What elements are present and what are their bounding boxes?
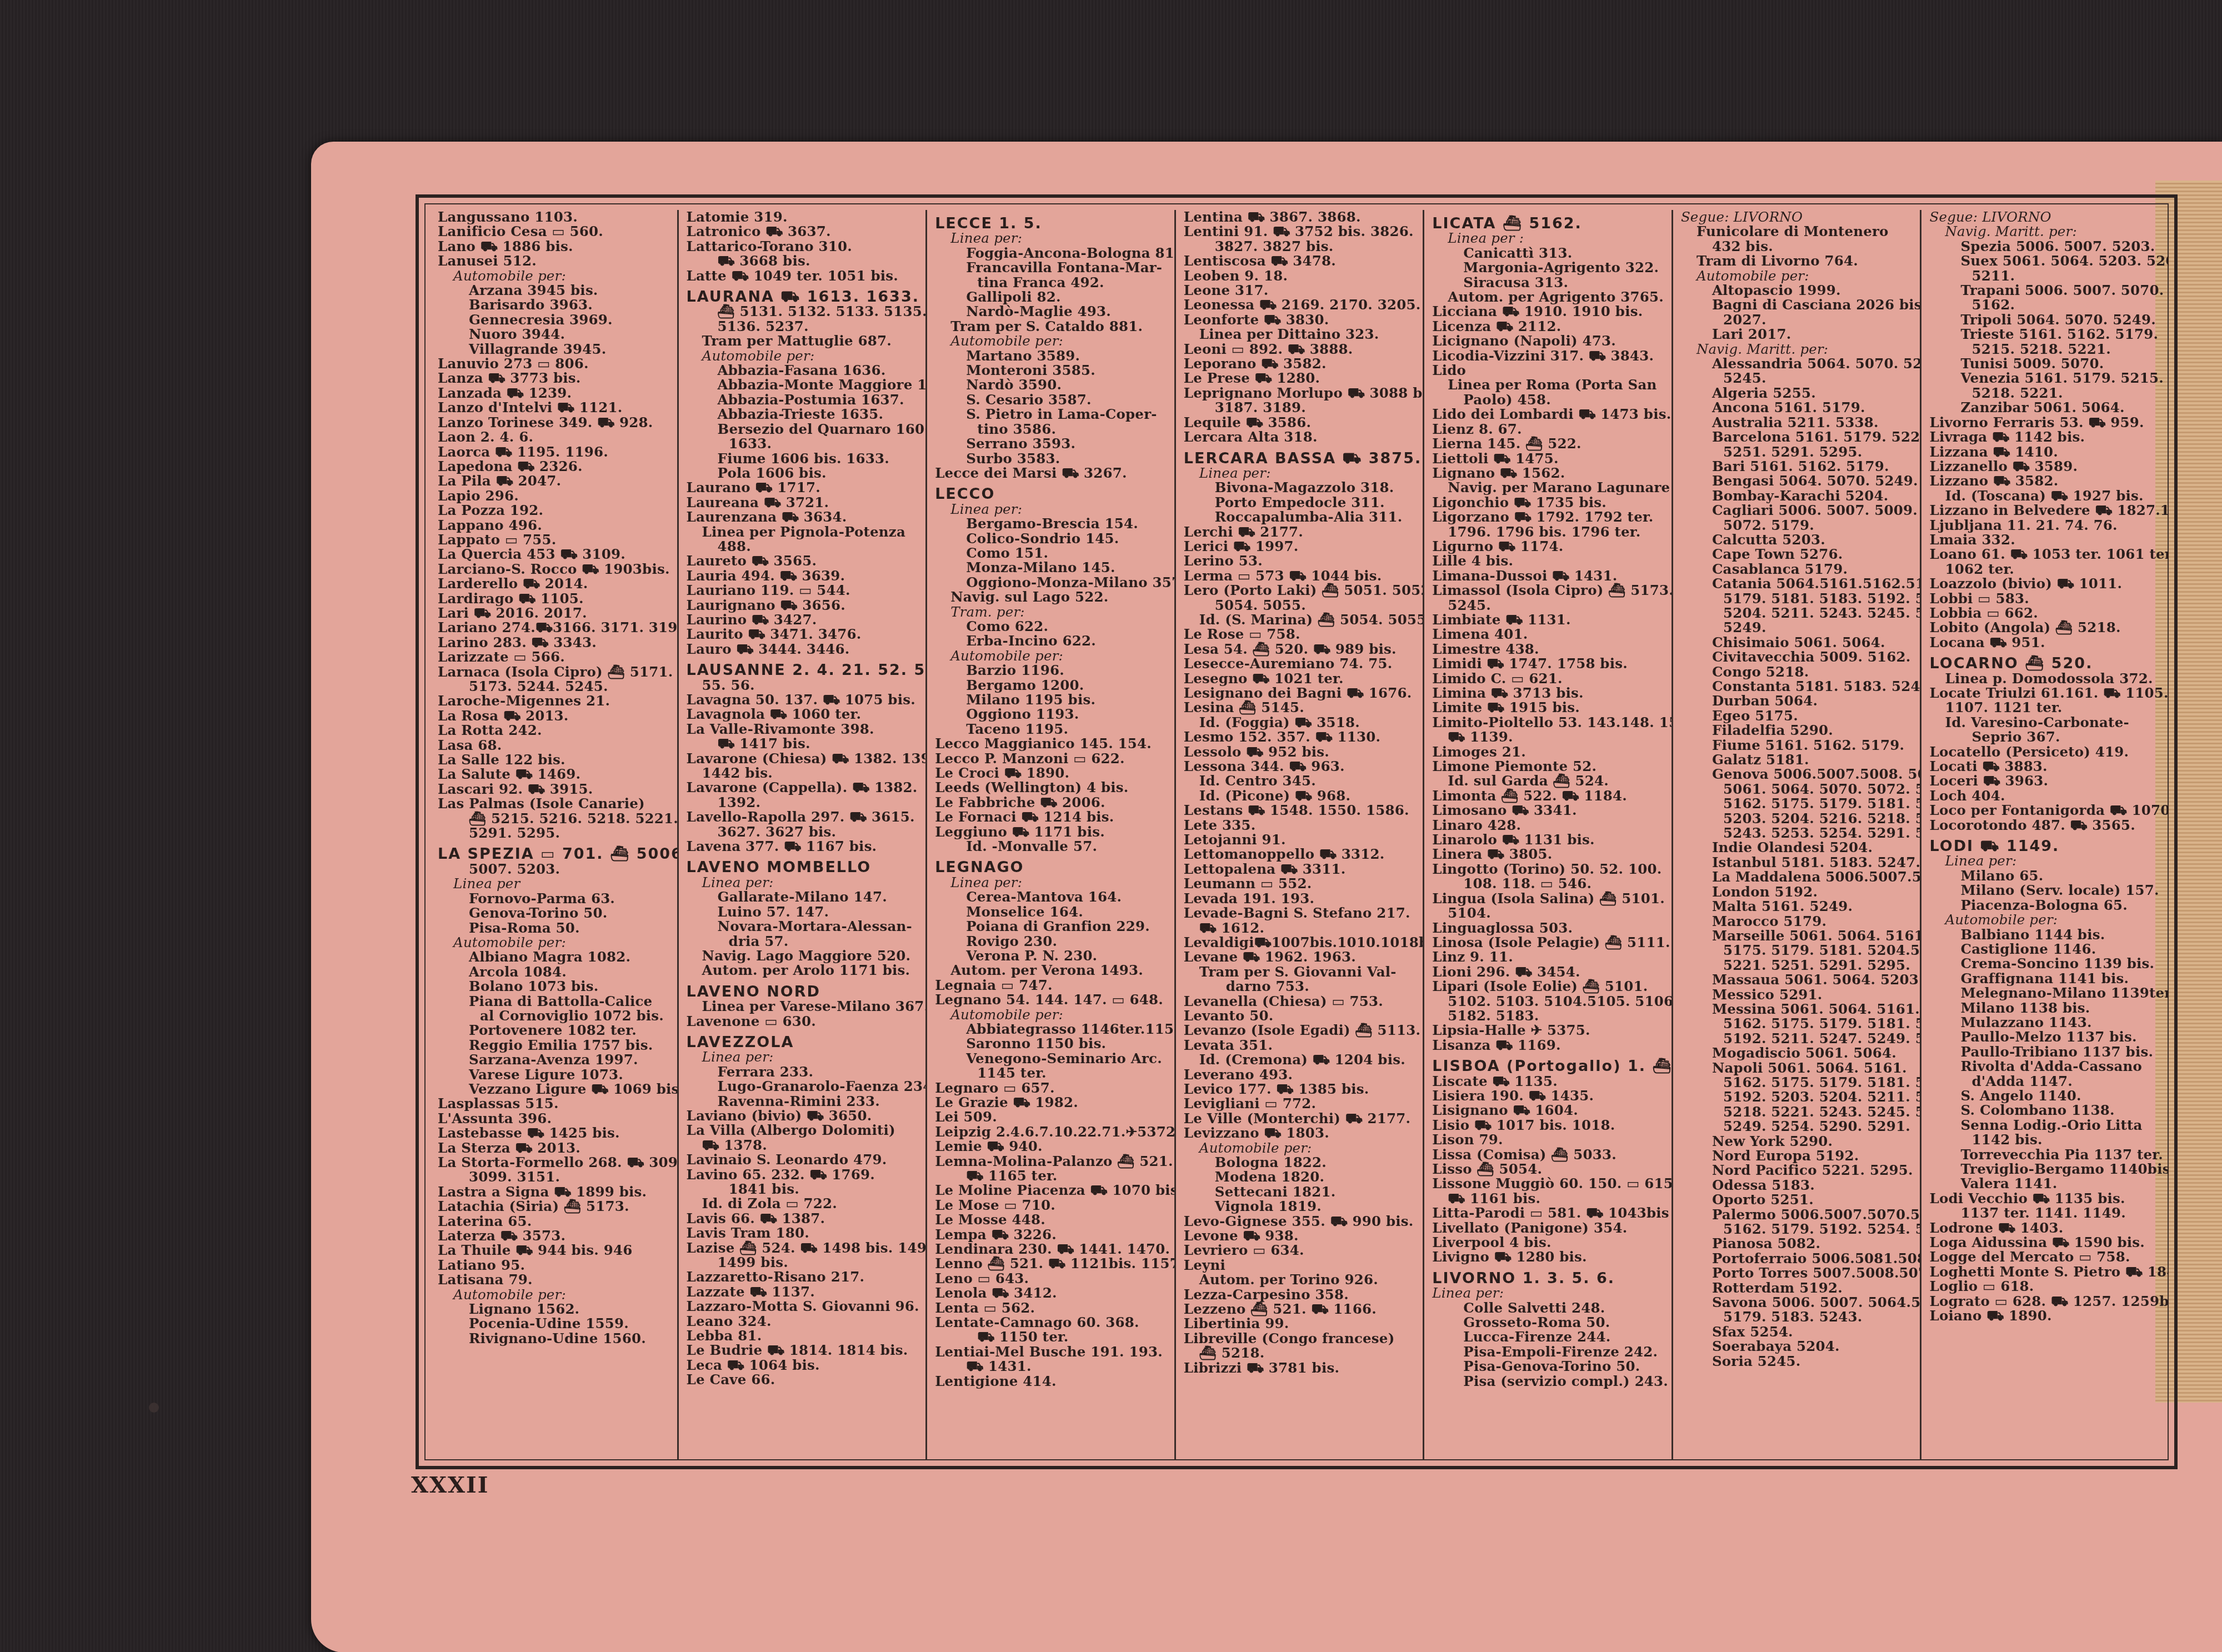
index-entry: 5179. 5181. 5183. 5192. 5203.	[1681, 592, 1913, 606]
index-column-3: LECCE 1. 5.Linea per:Foggia-Ancona-Bolog…	[927, 210, 1176, 1460]
index-entry: Graffignana 1141 bis.	[1929, 972, 2161, 986]
index-entry: Levo-Gignese 355. ⛟ 990 bis.	[1184, 1214, 1415, 1229]
index-entry: Lizzano in Belvedere ⛟ 1827.1839	[1929, 503, 2161, 518]
index-entry: Abbazia-Postumia 1637.	[687, 393, 918, 407]
index-entry: New York 5290.	[1681, 1134, 1913, 1149]
index-entry: Indie Olandesi 5204.	[1681, 840, 1913, 855]
index-entry: Ligorzano ⛟ 1792. 1792 ter.	[1432, 510, 1664, 524]
index-entry: Bolano 1073 bis.	[438, 979, 669, 994]
index-entry: Marseille 5061. 5064. 5161.	[1681, 929, 1913, 943]
index-heading: LECCO	[935, 487, 1167, 502]
service-label: Automobile per:	[1184, 1141, 1415, 1155]
index-entry: La Quercia 453 ⛟ 3109.	[438, 547, 669, 562]
index-entry: Tunisi 5009. 5070.	[1929, 357, 2161, 371]
index-entry: Sfax 5254.	[1681, 1325, 1913, 1339]
index-entry: La Thuile ⛟ 944 bis. 946	[438, 1243, 669, 1258]
index-entry: Levico 177. ⛟ 1385 bis.	[1184, 1082, 1415, 1097]
index-entry: Litta-Parodi ▭ 581. ⛟ 1043bis	[1432, 1206, 1664, 1220]
index-entry: Leca ⛟ 1064 bis.	[687, 1358, 918, 1373]
index-entry: Limena 401.	[1432, 627, 1664, 642]
index-entry: Arcola 1084.	[438, 965, 669, 979]
index-entry: Bengasi 5064. 5070. 5249.	[1681, 474, 1913, 488]
index-entry: Latomie 319.	[687, 210, 918, 224]
index-entry: 1145 ter.	[935, 1066, 1167, 1080]
index-entry: Lecce dei Marsi ⛟ 3267.	[935, 466, 1167, 480]
index-entry: 5291. 5295.	[438, 826, 669, 840]
index-entry: Larnaca (Isola Cipro) ⛴ 5171.	[438, 665, 669, 679]
index-entry: Legnaia ▭ 747.	[935, 978, 1167, 993]
index-entry: Lissone Muggiò 60. 150. ▭ 615.	[1432, 1177, 1664, 1191]
index-entry: al Cornoviglio 1072 bis.	[438, 1009, 669, 1023]
index-entry: Lizzana ⛟ 1410.	[1929, 445, 2161, 459]
index-entry: Suex 5061. 5064. 5203. 5204.	[1929, 254, 2161, 268]
index-heading: LOCARNO ⛴ 520.	[1929, 657, 2161, 671]
index-entry: Levizzano ⛟ 1803.	[1184, 1126, 1415, 1140]
index-entry: 1107. 1121 ter.	[1929, 700, 2161, 715]
index-entry: Limbiate ⛟ 1131.	[1432, 613, 1664, 627]
index-entry: Lebba 81.	[687, 1329, 918, 1343]
index-entry: Le Cave 66.	[687, 1373, 918, 1387]
index-entry: Gallipoli 82.	[935, 290, 1167, 304]
index-entry: Lanuvio 273 ▭ 806.	[438, 357, 669, 371]
index-heading: LODI ⛟ 1149.	[1929, 839, 2161, 854]
index-entry: Mogadiscio 5061. 5064.	[1681, 1046, 1913, 1060]
index-entry: Pisa-Empoli-Firenze 242.	[1432, 1345, 1664, 1359]
index-entry: Licciana ⛟ 1910. 1910 bis.	[1432, 304, 1664, 319]
index-entry: Leprignano Morlupo ⛟ 3088 bis.	[1184, 386, 1415, 401]
index-entry: Civitavecchia 5009. 5162.	[1681, 650, 1913, 664]
index-entry: Lodi Vecchio ⛟ 1135 bis.	[1929, 1192, 2161, 1206]
index-entry: Tram per S. Giovanni Val-	[1184, 965, 1415, 979]
service-label: Automobile per:	[438, 269, 669, 283]
index-entry: Sarzana-Avenza 1997.	[438, 1053, 669, 1067]
index-entry: Lograto ▭ 628. ⛟ 1257. 1259bis.	[1929, 1294, 2161, 1309]
index-entry: Lascari 92. ⛟ 3915.	[438, 782, 669, 797]
index-column-7: Segue: LIVORNONavig. Maritt. per:Spezia …	[1921, 210, 2169, 1460]
index-entry: 5245.	[1681, 371, 1913, 386]
index-entry: Lappano 496.	[438, 518, 669, 533]
index-entry: Lenno ⛴ 521. ⛟ 1121bis. 1157.	[935, 1256, 1167, 1271]
index-entry: 5249.	[1681, 620, 1913, 635]
index-entry: Lezza-Carpesino 358.	[1184, 1288, 1415, 1302]
index-entry: Verona P. N. 230.	[935, 949, 1167, 963]
index-heading: LAVENO NORD	[687, 985, 918, 999]
index-entry: Piacenza-Bologna 65.	[1929, 898, 2161, 913]
index-entry: Bivona-Magazzolo 318.	[1184, 480, 1415, 495]
index-entry: Libertinia 99.	[1184, 1316, 1415, 1331]
index-entry: Siracusa 313.	[1432, 276, 1664, 290]
service-label: Automobile per:	[935, 334, 1167, 348]
index-entry: tino 3586.	[935, 422, 1167, 437]
index-entry: Australia 5211. 5338.	[1681, 415, 1913, 430]
index-entry: Latiano 95.	[438, 1258, 669, 1273]
index-entry: Modena 1820.	[1184, 1170, 1415, 1184]
index-entry: Monteroni 3585.	[935, 363, 1167, 378]
index-entry: Lauriano 119. ▭ 544.	[687, 583, 918, 598]
index-entry: Galatz 5181.	[1681, 753, 1913, 767]
index-entry: Leonforte ⛟ 3830.	[1184, 313, 1415, 327]
index-entry: 1062 ter.	[1929, 562, 2161, 577]
index-entry: 5218. 5221. 5243. 5245. 5247.	[1681, 1105, 1913, 1119]
index-entry: Lipari (Isole Eolie) ⛴ 5101.	[1432, 979, 1664, 994]
index-entry: Locana ⛟ 951.	[1929, 635, 2161, 650]
index-entry: Pola 1606 bis.	[687, 466, 918, 480]
index-entry: La Pila ⛟ 2047.	[438, 474, 669, 488]
index-entry: Cerea-Mantova 164.	[935, 890, 1167, 904]
index-entry: Leone 317.	[1184, 283, 1415, 298]
index-entry: Id. (S. Marina) ⛴ 5054. 5055.	[1184, 613, 1415, 627]
index-entry: 5203. 5204. 5216. 5218. 5221.	[1681, 812, 1913, 826]
index-entry: Mulazzano 1143.	[1929, 1015, 2161, 1030]
index-entry: Tram di Livorno 764.	[1681, 254, 1913, 268]
index-entry: Limone Piemonte 52.	[1432, 759, 1664, 774]
index-entry: Livigno ⛟ 1280 bis.	[1432, 1250, 1664, 1264]
index-entry: 5104.	[1432, 906, 1664, 920]
index-entry: Lettomanoppello ⛟ 3312.	[1184, 847, 1415, 862]
index-entry: Bagni di Casciana 2026 bis.	[1681, 298, 1913, 312]
index-entry: Nord Pacifico 5221. 5295.	[1681, 1163, 1913, 1178]
index-entry: Id. (Toscana) ⛟ 1927 bis.	[1929, 489, 2161, 503]
index-entry: Lesecce-Auremiano 74. 75.	[1184, 657, 1415, 671]
index-entry: Rotterdam 5192.	[1681, 1281, 1913, 1295]
index-entry: Autom. per Arolo 1171 bis.	[687, 963, 918, 978]
index-entry: Licignano (Napoli) 473.	[1432, 334, 1664, 348]
index-entry: Leyni	[1184, 1258, 1415, 1273]
index-entry: Pisa-Genova-Torino 50.	[1432, 1359, 1664, 1374]
index-entry: Laviano (bivio) ⛟ 3650.	[687, 1109, 918, 1123]
index-entry: Lazzaretto-Risano 217.	[687, 1270, 918, 1284]
index-entry: Leipzig 2.4.6.7.10.22.71.✈5372.	[935, 1125, 1167, 1139]
index-entry: Limassol (Isola Cipro) ⛴ 5173.	[1432, 583, 1664, 598]
index-entry: Milano (Serv. locale) 157.	[1929, 883, 2161, 898]
index-entry: Id. (Cremona) ⛟ 1204 bis.	[1184, 1053, 1415, 1067]
index-entry: Limido C. ▭ 621.	[1432, 672, 1664, 686]
index-entry: Casablanca 5179.	[1681, 562, 1913, 577]
index-entry: Levanto 50.	[1184, 1009, 1415, 1023]
index-entry: Bologna 1822.	[1184, 1155, 1415, 1170]
index-entry: Congo 5218.	[1681, 665, 1913, 679]
index-entry: Id. Centro 345.	[1184, 774, 1415, 788]
index-entry: 5061. 5064. 5070. 5072. 5161.	[1681, 782, 1913, 797]
index-entry: Lignano 1562.	[438, 1302, 669, 1316]
index-column-6: Segue: LIVORNOFunicolare di Montenero432…	[1673, 210, 1922, 1460]
index-entry: Limoges 21.	[1432, 745, 1664, 759]
index-entry: Colico-Sondrio 145.	[935, 532, 1167, 546]
index-entry: Loco per Fontanigorda ⛟ 1070.	[1929, 803, 2161, 818]
index-entry: Livorno Ferraris 53. ⛟ 959.	[1929, 415, 2161, 430]
index-entry: 3187. 3189.	[1184, 401, 1415, 415]
index-entry: darno 753.	[1184, 979, 1415, 994]
index-entry: La Pozza 192.	[438, 503, 669, 518]
index-entry: 1142 bis.	[1929, 1133, 2161, 1147]
index-entry: 3627. 3627 bis.	[687, 825, 918, 839]
index-entry: Martano 3589.	[935, 349, 1167, 363]
index-entry: Chisimaio 5061. 5064.	[1681, 635, 1913, 650]
index-entry: Egeo 5175.	[1681, 709, 1913, 723]
index-entry: Limidi ⛟ 1747. 1758 bis.	[1432, 657, 1664, 671]
index-entry: Le Croci ⛟ 1890.	[935, 766, 1167, 780]
service-label: Linea per	[438, 877, 669, 891]
index-entry: Rovigo 230.	[935, 934, 1167, 949]
index-entry: Rivolta d'Adda-Cassano	[1929, 1059, 2161, 1074]
index-entry: Letojanni 91.	[1184, 833, 1415, 847]
index-entry: 5162. 5175. 5179. 5181. 5183.	[1681, 1075, 1913, 1090]
index-entry: Bergamo-Brescia 154.	[935, 517, 1167, 531]
index-entry: Lesignano dei Bagni ⛟ 1676.	[1184, 686, 1415, 700]
index-entry: Seprio 367.	[1929, 730, 2161, 744]
index-entry: Lentini 91. ⛟ 3752 bis. 3826.	[1184, 224, 1415, 239]
index-entry: 1137 ter. 1141. 1149.	[1929, 1206, 2161, 1220]
index-entry: Albiano Magra 1082.	[438, 950, 669, 964]
index-entry: Lariano 274.⛟3166. 3171. 3192.	[438, 620, 669, 635]
index-entry: Lazzate ⛟ 1137.	[687, 1285, 918, 1299]
index-entry: Autom. per Torino 926.	[1184, 1273, 1415, 1287]
index-entry: Lavis 66. ⛟ 1387.	[687, 1212, 918, 1226]
index-entry: Colle Salvetti 248.	[1432, 1301, 1664, 1315]
index-heading: LAURANA ⛟ 1613. 1633.	[687, 290, 918, 304]
index-entry: Lisso ⛴ 5054.	[1432, 1162, 1664, 1177]
index-entry: Trapani 5006. 5007. 5070.	[1929, 283, 2161, 298]
index-entry: Autom. per Verona 1493.	[935, 963, 1167, 978]
index-entry: Linea per Varese-Milano 367.	[687, 999, 918, 1014]
index-entry: Larciano-S. Rocco ⛟ 1903bis.	[438, 562, 669, 577]
index-entry: tina Franca 492.	[935, 276, 1167, 290]
index-entry: Lestans ⛟ 1548. 1550. 1586.	[1184, 803, 1415, 818]
index-entry: La Maddalena 5006.5007.5012.	[1681, 870, 1913, 884]
index-entry: Barcelona 5161. 5179. 5221.	[1681, 430, 1913, 444]
index-entry: Navig. Lago Maggiore 520.	[687, 949, 918, 963]
index-entry: Lapio 296.	[438, 489, 669, 503]
index-entry: Como 622.	[935, 619, 1167, 634]
index-entry: Gennecresia 3969.	[438, 313, 669, 327]
index-entry: 5072. 5179.	[1681, 518, 1913, 533]
index-entry: Leumann ▭ 552.	[1184, 877, 1415, 891]
index-entry: 5218. 5221.	[1929, 386, 2161, 401]
index-entry: Lero (Porto Laki) ⛴ 5051. 5052	[1184, 583, 1415, 598]
index-entry: Langussano 1103.	[438, 210, 669, 224]
index-entry: Licodia-Vizzini 317. ⛟ 3843.	[1432, 349, 1664, 363]
index-entry: Barzio 1196.	[935, 663, 1167, 678]
index-entry: Loch 404.	[1929, 789, 2161, 803]
index-heading: LICATA ⛴ 5162.	[1432, 217, 1664, 231]
index-entry: 5215. 5218. 5221.	[1929, 342, 2161, 357]
index-entry: Levriero ▭ 634.	[1184, 1243, 1415, 1258]
index-column-1: Langussano 1103.Lanificio Cesa ▭ 560.Lan…	[430, 210, 679, 1460]
index-entry: Balbiano 1144 bis.	[1929, 928, 2161, 942]
index-entry: Canicattì 313.	[1432, 246, 1664, 261]
index-entry: Lavagna 50. 137. ⛟ 1075 bis.	[687, 693, 918, 707]
index-heading: LAVENO MOMBELLO	[687, 860, 918, 875]
index-entry: Lille 4 bis.	[1432, 554, 1664, 568]
index-entry: Castiglione 1146.	[1929, 942, 2161, 957]
index-entry: Lignano ⛟ 1562.	[1432, 466, 1664, 480]
index-entry: Livellato (Panigone) 354.	[1432, 1221, 1664, 1235]
index-entry: Saronno 1150 bis.	[935, 1037, 1167, 1051]
index-entry: Laterina 65.	[438, 1214, 669, 1229]
index-entry: Lemie ⛟ 940.	[935, 1139, 1167, 1154]
index-entry: Laurignano ⛟ 3656.	[687, 598, 918, 613]
index-entry: Tram per Mattuglie 687.	[687, 334, 918, 348]
index-entry: Linea per Dittaino 323.	[1184, 327, 1415, 342]
index-entry: Linea per Pignola-Potenza	[687, 525, 918, 539]
index-entry: Le Ville (Monterchi) ⛟ 2177.	[1184, 1112, 1415, 1126]
index-entry: 5007. 5203.	[438, 862, 669, 877]
index-entry: Fiume 5161. 5162. 5179.	[1681, 738, 1913, 753]
service-label: Linea per:	[687, 875, 918, 890]
index-entry: Lenta ▭ 562.	[935, 1301, 1167, 1315]
index-entry: ⛟ 3668 bis.	[687, 254, 918, 268]
index-entry: Serrano 3593.	[935, 437, 1167, 451]
index-entry: 1796. 1796 bis. 1796 ter.	[1432, 525, 1664, 539]
index-entry: Lavenone ▭ 630.	[687, 1014, 918, 1029]
service-label: Linea per:	[935, 231, 1167, 246]
index-heading: LISBOA (Portogallo) 1. ⛴ 5251	[1432, 1059, 1664, 1074]
index-entry: Lei 509.	[935, 1110, 1167, 1124]
index-entry: Porto Empedocle 311.	[1184, 495, 1415, 510]
index-entry: Laureto ⛟ 3565.	[687, 554, 918, 568]
index-entry: Torrevecchia Pia 1137 ter.	[1929, 1148, 2161, 1162]
index-entry: Latisana 79.	[438, 1273, 669, 1287]
index-entry: Massaua 5061. 5064. 5203.	[1681, 973, 1913, 987]
index-entry: Lingotto (Torino) 50. 52. 100.	[1432, 862, 1664, 877]
index-entry: Laurino ⛟ 3427.	[687, 613, 918, 627]
index-entry: Lasa 68.	[438, 738, 669, 753]
index-entry: Savona 5006. 5007. 5064.5072.	[1681, 1295, 1913, 1310]
index-entry: Ravenna-Rimini 233.	[687, 1094, 918, 1109]
index-entry: Limito-Pioltello 53. 143.148. 158	[1432, 715, 1664, 730]
index-entry: Laureana ⛟ 3721.	[687, 495, 918, 510]
index-entry: Lipsia-Halle ✈ 5375.	[1432, 1023, 1664, 1038]
index-entry: Lobbi ▭ 583.	[1929, 592, 2161, 606]
index-entry: ⛟ 1378.	[687, 1138, 918, 1153]
index-entry: Lugo-Granarolo-Faenza 234.	[687, 1079, 918, 1094]
index-columns: Langussano 1103.Lanificio Cesa ▭ 560.Lan…	[419, 198, 2174, 1466]
index-entry: 5175. 5179. 5181. 5204.5218.	[1681, 943, 1913, 958]
index-entry: Le Rose ▭ 758.	[1184, 627, 1415, 642]
index-entry: Lessona 344. ⛟ 963.	[1184, 759, 1415, 774]
index-entry: Lemna-Molina-Palanzo ⛴ 521.	[935, 1154, 1167, 1169]
index-entry: Venezia 5161. 5179. 5215.	[1929, 371, 2161, 386]
index-entry: Como 151.	[935, 546, 1167, 560]
index-entry: Soria 5245.	[1681, 1354, 1913, 1369]
index-column-2: Latomie 319.Latronico ⛟ 3637.Lattarico-T…	[679, 210, 928, 1460]
service-label: Automobile per:	[935, 649, 1167, 663]
index-entry: Livraga ⛟ 1142 bis.	[1929, 430, 2161, 444]
index-entry: La Rotta 242.	[438, 723, 669, 738]
index-entry: ⛟ 1417 bis.	[687, 737, 918, 751]
index-entry: Pianosa 5082.	[1681, 1237, 1913, 1251]
index-entry: Lerma ▭ 573 ⛟ 1044 bis.	[1184, 569, 1415, 583]
index-entry: Lecco P. Manzoni ▭ 622.	[935, 752, 1167, 766]
index-entry: Lido	[1432, 363, 1664, 378]
index-entry: 5204. 5211. 5243. 5245. 5247.	[1681, 606, 1913, 620]
index-entry: Le Grazie ⛟ 1982.	[935, 1095, 1167, 1110]
index-entry: Spezia 5006. 5007. 5203.	[1929, 239, 2161, 254]
index-entry: Ferrara 233.	[687, 1065, 918, 1079]
index-entry: Francavilla Fontana-Mar-	[935, 261, 1167, 275]
service-label: Automobile per:	[438, 935, 669, 950]
service-label: Linea per:	[935, 875, 1167, 890]
index-entry: 1841 bis.	[687, 1182, 918, 1197]
index-entry: Librizzi ⛟ 3781 bis.	[1184, 1361, 1415, 1375]
index-entry: Tram per S. Cataldo 881.	[935, 319, 1167, 334]
index-entry: Navig. sul Lago 522.	[935, 590, 1167, 604]
index-entry: Lissa (Comisa) ⛴ 5033.	[1432, 1148, 1664, 1162]
index-entry: S. Colombano 1138.	[1929, 1103, 2161, 1118]
index-entry: Loiano ⛟ 1890.	[1929, 1309, 2161, 1323]
index-entry: Limana-Dussoi ⛟ 1431.	[1432, 569, 1664, 583]
index-entry: Arzana 3945 bis.	[438, 283, 669, 298]
index-entry: 432 bis.	[1681, 239, 1913, 254]
index-entry: Erba-Incino 622.	[935, 634, 1167, 648]
index-entry: Malta 5161. 5249.	[1681, 899, 1913, 914]
index-entry: Lobbia ▭ 662.	[1929, 606, 2161, 620]
index-entry: 5211.	[1929, 269, 2161, 283]
index-entry: ⛟ 1612.	[1184, 921, 1415, 935]
index-entry: Melegnano-Milano 1139ter	[1929, 986, 2161, 1000]
index-entry: Le Fornaci ⛟ 1214 bis.	[935, 810, 1167, 824]
index-entry: Lavarone (Cappella). ⛟ 1382.	[687, 780, 918, 795]
index-entry: 5054. 5055.	[1184, 598, 1415, 613]
index-entry: Laterza ⛟ 3573.	[438, 1229, 669, 1243]
index-entry: Id. di Zola ▭ 722.	[687, 1197, 918, 1211]
index-entry: 5192. 5211. 5247. 5249. 5290.	[1681, 1032, 1913, 1046]
index-entry: Locate Triulzi 61.161. ⛟ 1105.	[1929, 686, 2161, 700]
index-entry: dria 57.	[687, 934, 918, 949]
index-entry: Laroche-Migennes 21.	[438, 694, 669, 708]
index-entry: Larderello ⛟ 2014.	[438, 577, 669, 591]
service-label: Tram. per:	[935, 605, 1167, 619]
index-entry: S. Cesario 3587.	[935, 393, 1167, 407]
index-entry: ⛟ 1139.	[1432, 730, 1664, 744]
index-heading: LA SPEZIA ▭ 701. ⛴ 5006.	[438, 847, 669, 862]
index-heading: LECCE 1. 5.	[935, 217, 1167, 231]
index-entry: Lauro ⛟ 3444. 3446.	[687, 642, 918, 657]
index-entry: Vignola 1819.	[1184, 1199, 1415, 1214]
index-entry: Lavino 65. 232. ⛟ 1769.	[687, 1168, 918, 1182]
index-entry: Liscate ⛟ 1135.	[1432, 1074, 1664, 1089]
service-label: Automobile per:	[438, 1288, 669, 1302]
index-entry: Loceri ⛟ 3963.	[1929, 774, 2161, 788]
index-entry: Navig. per Marano Lagunare 530	[1432, 480, 1664, 495]
index-entry: Lappato ▭ 755.	[438, 533, 669, 547]
index-entry: Lempa ⛟ 3226.	[935, 1228, 1167, 1242]
index-entry: La Villa (Albergo Dolomiti)	[687, 1123, 918, 1138]
index-entry: Levone ⛟ 938.	[1184, 1229, 1415, 1243]
index-entry: Lanusei 512.	[438, 254, 669, 268]
index-entry: 108. 118. ▭ 546.	[1432, 877, 1664, 891]
index-entry: Linaro 428.	[1432, 818, 1664, 833]
index-entry: Lizzanello ⛟ 3589.	[1929, 459, 2161, 474]
index-entry: Levane ⛟ 1962. 1963.	[1184, 950, 1415, 964]
index-entry: Lercara Alta 318.	[1184, 430, 1415, 444]
index-entry: Lentina ⛟ 3867. 3868.	[1184, 210, 1415, 224]
index-entry: 5192. 5203. 5204. 5211. 5215.	[1681, 1090, 1913, 1104]
index-entry: Lezzeno ⛴ 521. ⛟ 1166.	[1184, 1302, 1415, 1316]
index-entry: Lano ⛟ 1886 bis.	[438, 239, 669, 254]
index-entry: Leporano ⛟ 3582.	[1184, 357, 1415, 371]
index-entry: Soerabaya 5204.	[1681, 1339, 1913, 1354]
index-entry: Lazise ⛴ 524. ⛟ 1498 bis. 1499.	[687, 1241, 918, 1255]
index-entry: Abbiategrasso 1146ter.1151.	[935, 1022, 1167, 1037]
index-entry: Lioni 296. ⛟ 3454.	[1432, 965, 1664, 979]
index-entry: ⛟ 1150 ter.	[935, 1330, 1167, 1344]
index-entry: Lessolo ⛟ 952 bis.	[1184, 745, 1415, 759]
index-entry: Lido dei Lombardi ⛟ 1473 bis.	[1432, 407, 1664, 422]
index-entry: Libreville (Congo francese)	[1184, 1331, 1415, 1346]
index-entry: Barisardo 3963.	[438, 298, 669, 312]
index-entry: Lari ⛟ 2016. 2017.	[438, 606, 669, 620]
